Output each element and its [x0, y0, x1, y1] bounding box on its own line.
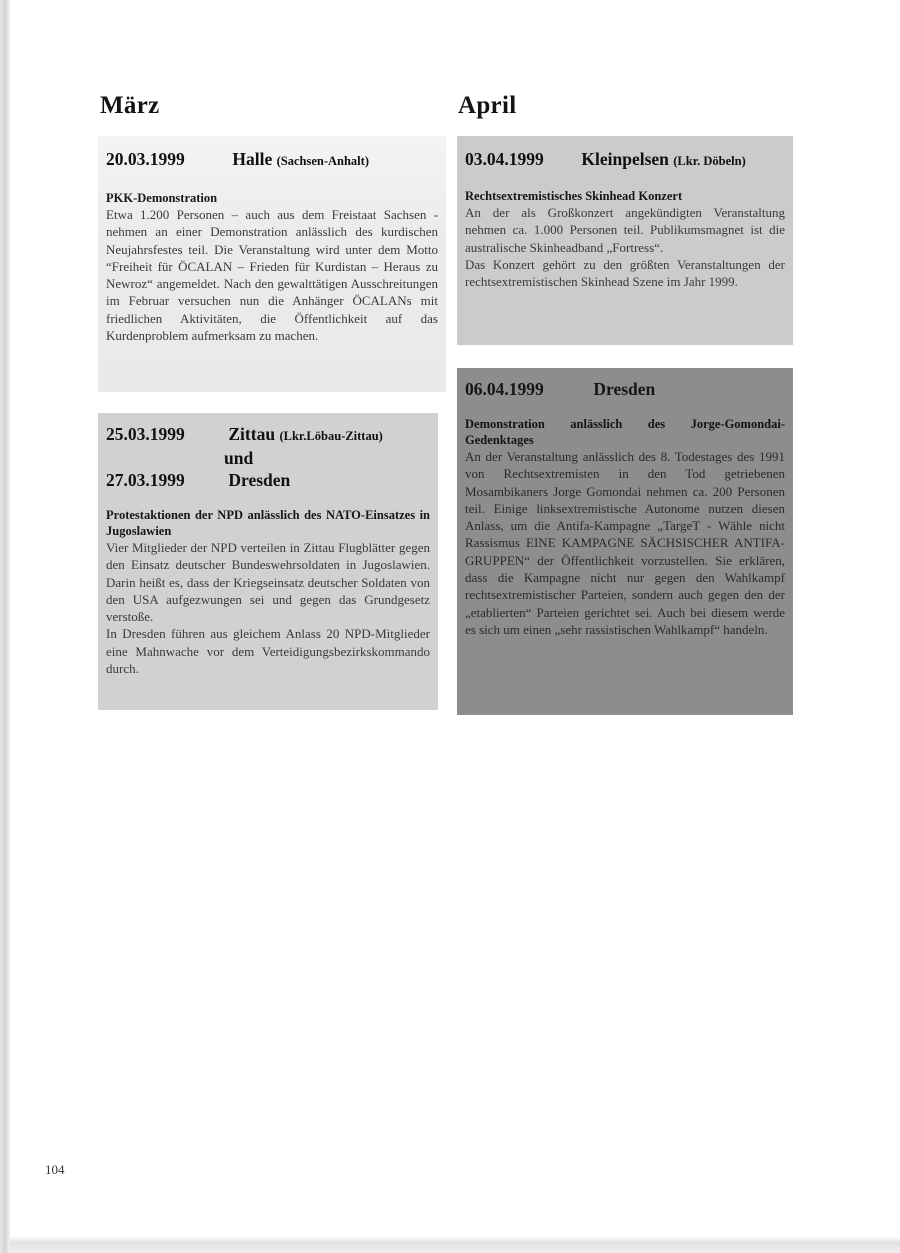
event-place: Halle — [232, 149, 272, 169]
month-heading-maerz: März — [100, 92, 160, 120]
event-place: Kleinpelsen — [581, 149, 669, 169]
event-heading: 25.03.1999 Zittau (Lkr.Löbau-Zittau) — [106, 423, 430, 447]
event-box-dresden-april: 06.04.1999 Dresden Demonstration anlässl… — [457, 368, 793, 715]
event-place-detail: (Sachsen-Anhalt) — [277, 154, 369, 168]
event-box-halle: 20.03.1999 Halle (Sachsen-Anhalt) PKK-De… — [98, 136, 446, 392]
event-description: Vier Mitglieder der NPD verteilen in Zit… — [106, 539, 430, 677]
event-place-detail: (Lkr.Löbau-Zittau) — [279, 429, 382, 443]
event-box-zittau-dresden: 25.03.1999 Zittau (Lkr.Löbau-Zittau) und… — [98, 413, 438, 710]
event-paragraph: Etwa 1.200 Personen – auch aus dem Freis… — [106, 206, 438, 344]
event-date: 25.03.1999 — [106, 423, 224, 445]
event-title: Protestaktionen der NPD anlässlich des N… — [106, 507, 430, 539]
page-number: 104 — [45, 1162, 65, 1178]
event-title: Demonstration anlässlich des Jorge-Gomon… — [465, 416, 785, 448]
event-place: Dresden — [593, 379, 655, 399]
event-paragraph: Vier Mitglieder der NPD verteilen in Zit… — [106, 539, 430, 625]
event-place-detail: (Lkr. Döbeln) — [673, 154, 745, 168]
event-date: 20.03.1999 — [106, 148, 228, 170]
event-paragraph: In Dresden führen aus gleichem Anlass 20… — [106, 625, 430, 677]
event-heading: 20.03.1999 Halle (Sachsen-Anhalt) — [106, 148, 438, 172]
event-heading-connector: und — [106, 447, 430, 469]
event-place: Dresden — [228, 470, 290, 490]
event-paragraph: An der als Großkonzert angekündigten Ver… — [465, 204, 785, 256]
event-paragraph: An der Veranstaltung anlässlich des 8. T… — [465, 448, 785, 638]
event-box-kleinpelsen: 03.04.1999 Kleinpelsen (Lkr. Döbeln) Rec… — [457, 136, 793, 345]
month-heading-april: April — [458, 92, 516, 120]
event-heading-second: 27.03.1999 Dresden — [106, 469, 430, 491]
event-description: An der als Großkonzert angekündigten Ver… — [465, 204, 785, 290]
event-paragraph: Das Konzert gehört zu den größten Verans… — [465, 256, 785, 291]
page-edge-left — [0, 0, 10, 1253]
event-date: 27.03.1999 — [106, 469, 224, 491]
event-heading: 06.04.1999 Dresden — [465, 378, 785, 400]
event-title: Rechtsextremistisches Skinhead Konzert — [465, 188, 785, 204]
event-date: 03.04.1999 — [465, 148, 577, 170]
page-edge-bottom — [10, 1236, 900, 1253]
event-description: Etwa 1.200 Personen – auch aus dem Freis… — [106, 206, 438, 344]
event-heading: 03.04.1999 Kleinpelsen (Lkr. Döbeln) — [465, 148, 785, 172]
event-title: PKK-Demonstration — [106, 190, 438, 206]
event-place: Zittau — [228, 424, 275, 444]
event-description: An der Veranstaltung anlässlich des 8. T… — [465, 448, 785, 638]
event-date: 06.04.1999 — [465, 378, 589, 400]
